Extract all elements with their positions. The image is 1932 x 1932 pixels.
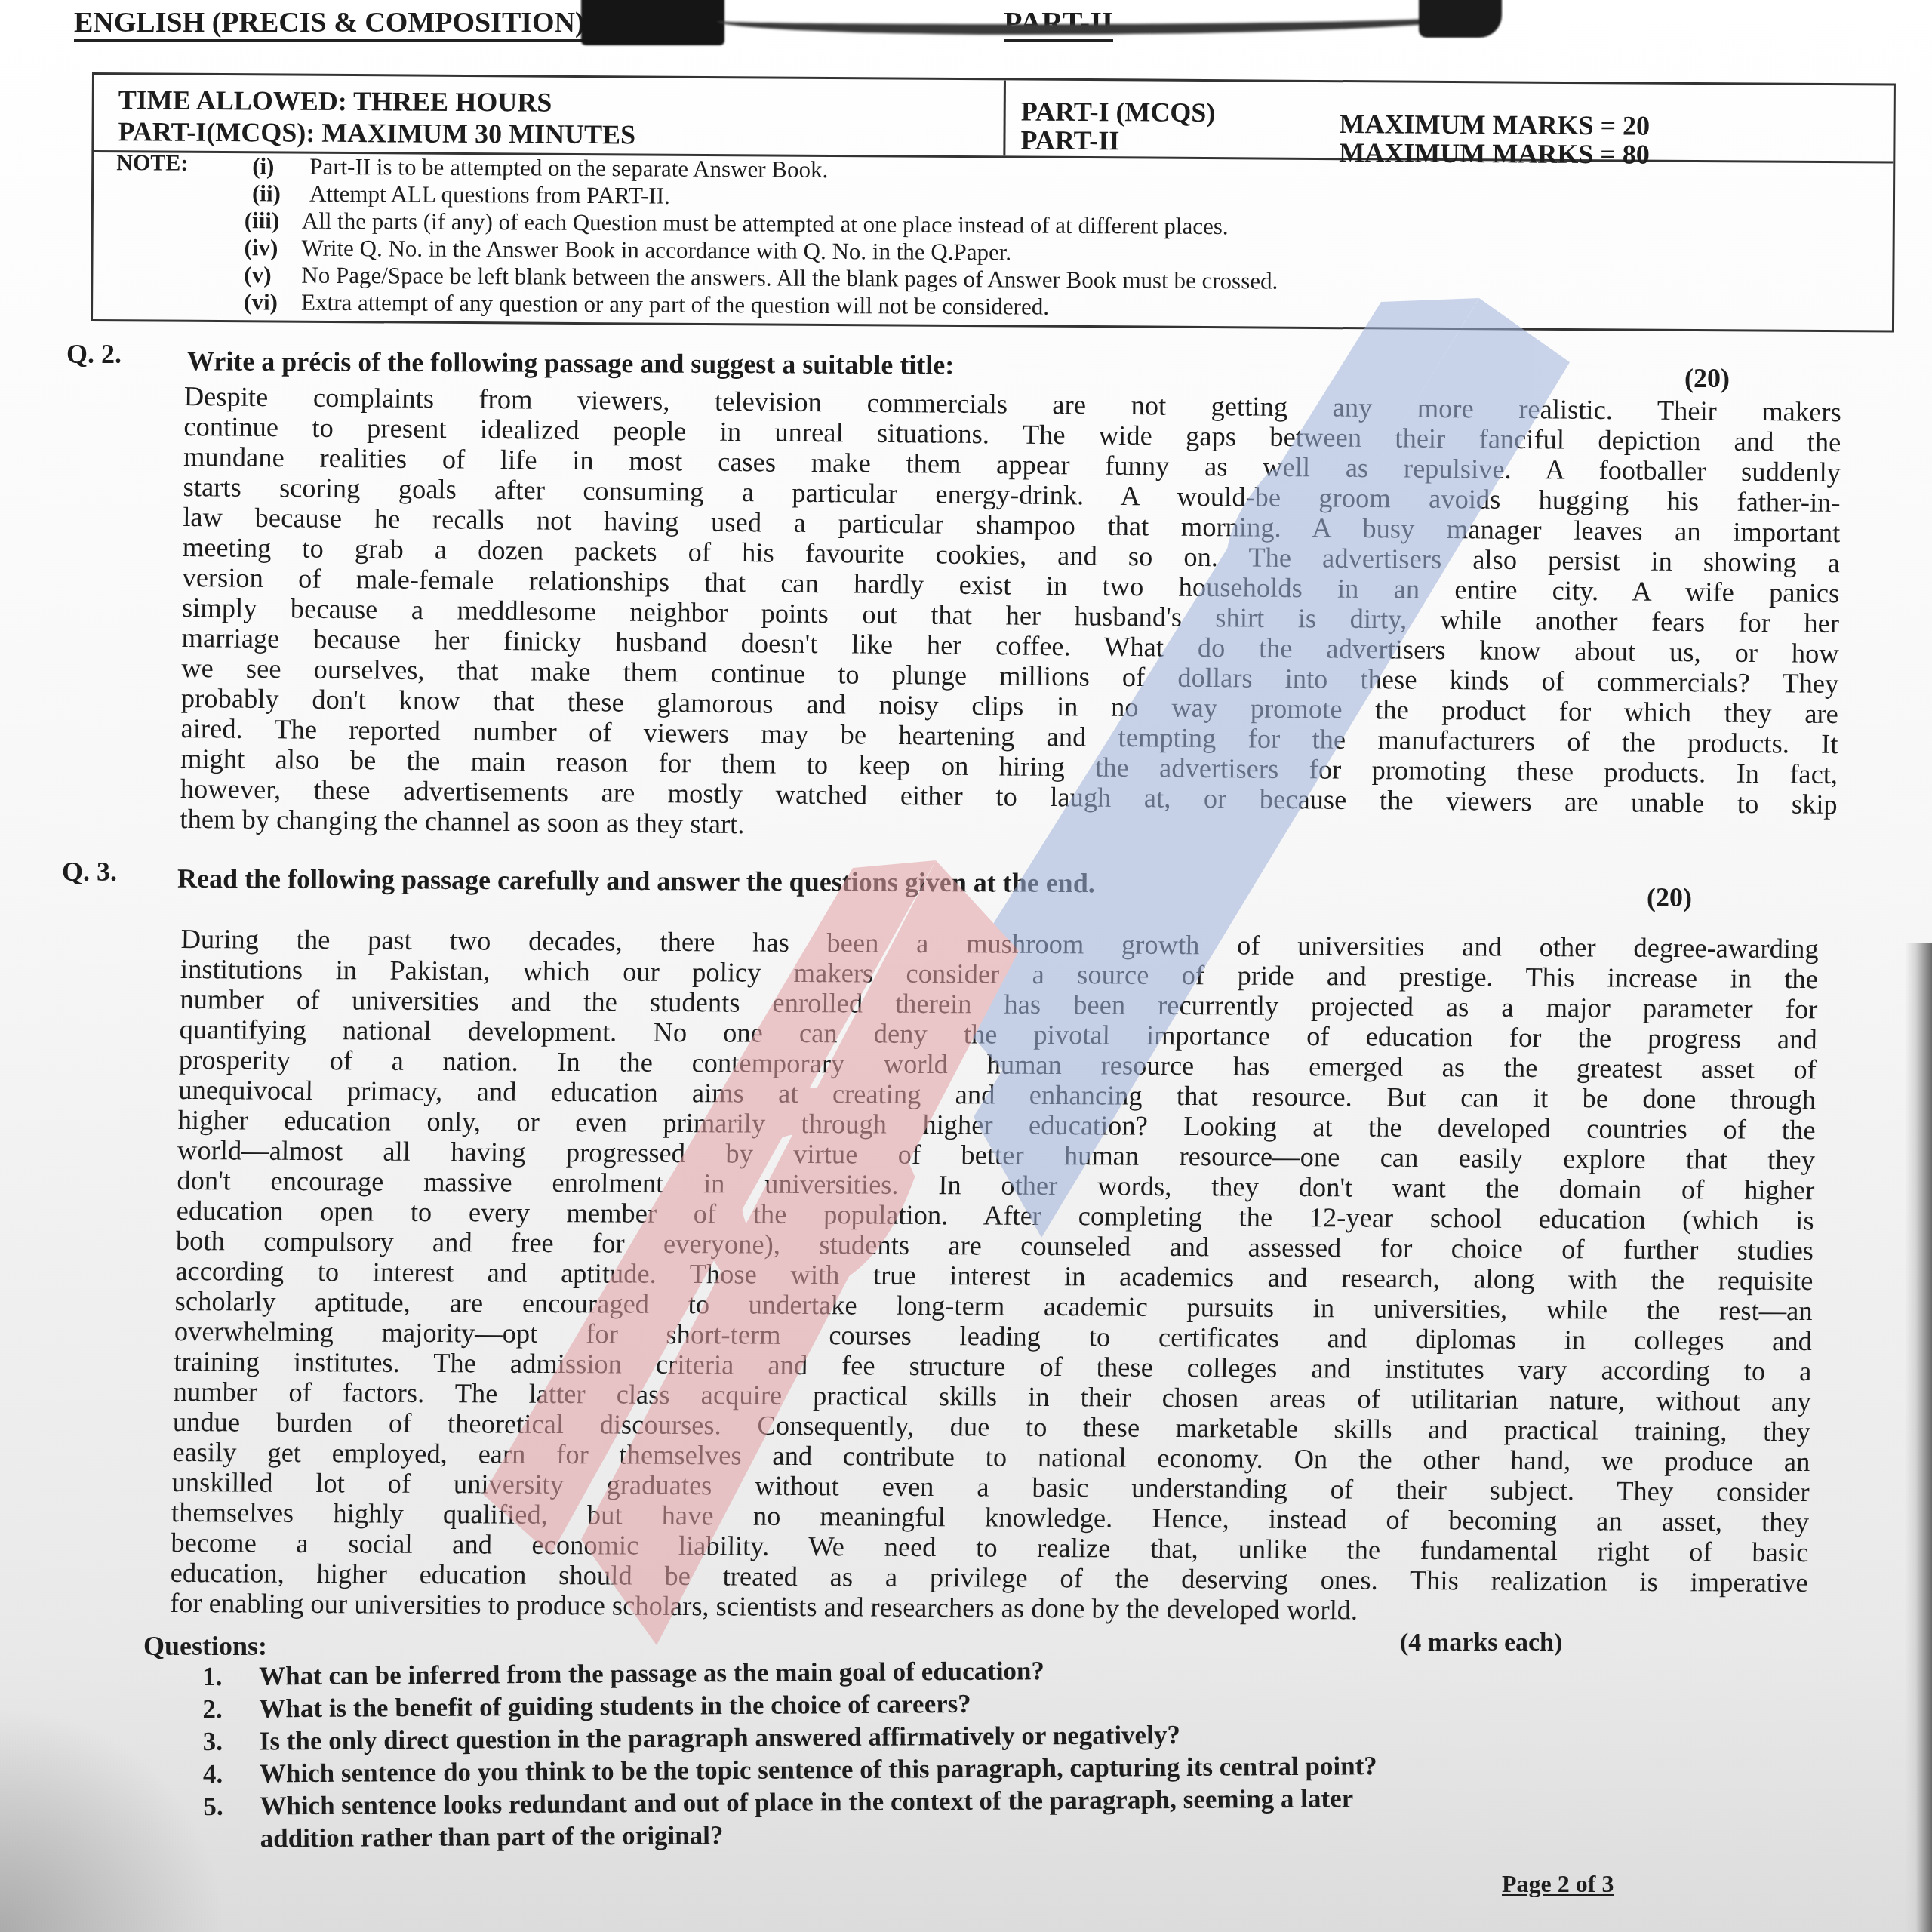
subject-title: ENGLISH (PRECIS & COMPOSITION) [74, 6, 592, 42]
note-number: (iii) [245, 207, 302, 234]
time-allowed: TIME ALLOWED: THREE HOURS [118, 84, 552, 118]
q2-number: Q. 2. [66, 338, 122, 370]
questions-label: Questions: [143, 1630, 267, 1662]
table-divider [1003, 80, 1006, 155]
question-number: 1. [202, 1662, 223, 1692]
note-number: (vi) [244, 288, 301, 315]
note-text: Write Q. No. in the Answer Book in accor… [301, 235, 1011, 266]
binder-clip [581, 0, 724, 45]
exam-info-table: TIME ALLOWED: THREE HOURS PART-I(MCQS): … [91, 72, 1896, 333]
question-text: Which sentence do you think to be the to… [260, 1751, 1377, 1789]
binder-clip-wire [717, 0, 1487, 35]
part1-label: PART-I (MCQS) [1021, 96, 1216, 129]
photo-shadow [0, 1706, 226, 1932]
note-label: NOTE: [116, 150, 188, 177]
note-number: (iv) [244, 234, 301, 261]
binder-clip-end [1419, 0, 1502, 38]
question-text: Is the only direct question in the parag… [260, 1720, 1180, 1757]
note-item: (i)Part-II is to be attempted on the sep… [252, 152, 828, 183]
q3-passage: During the past two decades, there has b… [170, 924, 1819, 1628]
note-number: (ii) [252, 180, 309, 207]
question-text: What can be inferred from the passage as… [259, 1656, 1044, 1691]
part1-time: PART-I(MCQS): MAXIMUM 30 MINUTES [118, 115, 635, 150]
q3-number: Q. 3. [62, 856, 117, 888]
question-text: Which sentence looks redundant and out o… [260, 1783, 1353, 1821]
note-text: Extra attempt of any question or any par… [301, 289, 1049, 320]
q2-passage: Despite complaints from viewers, televis… [180, 381, 1841, 850]
question-text: addition rather than part of the origina… [260, 1820, 723, 1854]
note-text: All the parts (if any) of each Question … [302, 208, 1229, 239]
note-item: (iv)Write Q. No. in the Answer Book in a… [244, 234, 1011, 266]
note-text: Attempt ALL questions from PART-II. [309, 180, 670, 209]
note-item: (vi)Extra attempt of any question or any… [244, 288, 1049, 321]
q3-marks: (20) [1647, 881, 1692, 913]
q2-marks: (20) [1684, 362, 1730, 394]
note-number: (v) [244, 261, 301, 288]
part2-label: PART-II [1020, 125, 1119, 157]
page-number: Page 2 of 3 [1502, 1870, 1614, 1898]
note-text: Part-II is to be attempted on the separa… [309, 153, 828, 183]
note-number: (i) [252, 152, 309, 180]
question-text: What is the benefit of guiding students … [259, 1689, 971, 1724]
questions-marks: (4 marks each) [1400, 1629, 1562, 1657]
note-item: (ii)Attempt ALL questions from PART-II. [252, 180, 670, 209]
paper-edge-shadow [1905, 943, 1932, 1932]
q2-instruction: Write a précis of the following passage … [187, 345, 955, 380]
exam-paper-page: ENGLISH (PRECIS & COMPOSITION) PART-II T… [0, 0, 1932, 1932]
exam-info-header-row: TIME ALLOWED: THREE HOURS PART-I(MCQS): … [94, 75, 1894, 164]
q3-instruction: Read the following passage carefully and… [177, 863, 1095, 899]
part2-marks: MAXIMUM MARKS = 80 [1339, 137, 1650, 171]
